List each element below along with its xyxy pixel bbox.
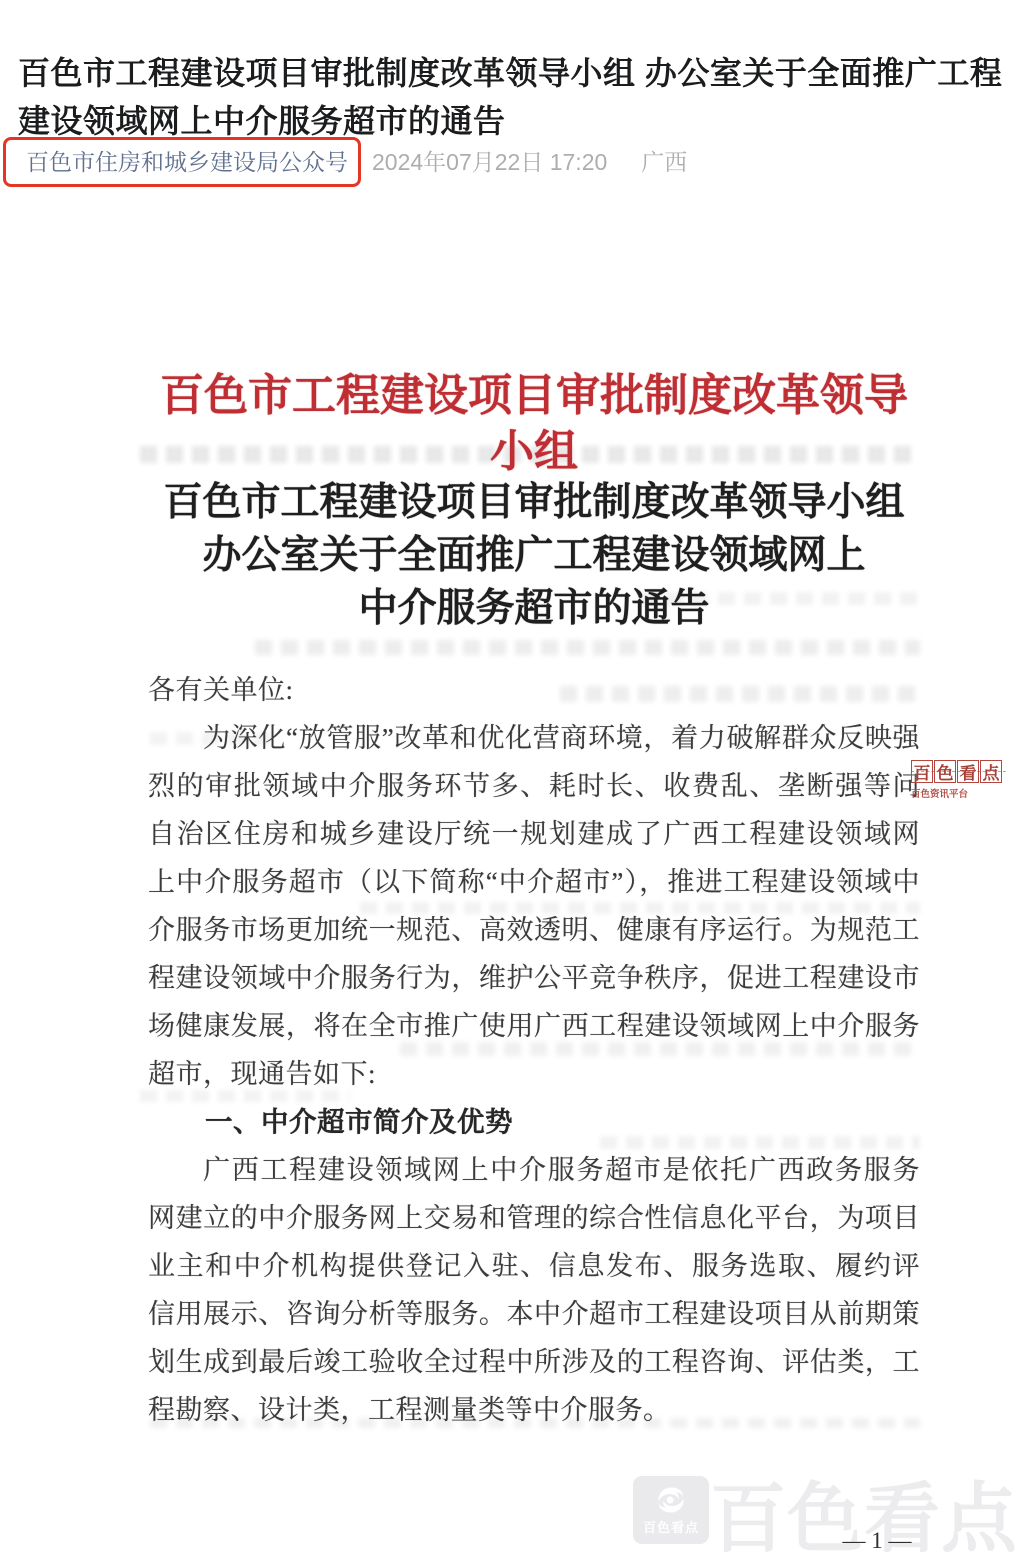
doc-title-line: 百色市工程建设项目审批制度改革领导小组 [148,476,920,529]
body-line: 信用展示、咨询分析等服务。本中介超市工程建设项目从前期策 [148,1290,920,1338]
byline: 百色市住房和城乡建设局公众号 2024年07月22日 17:20 广西 [0,137,1030,189]
watermark-logo: 百色看点 [633,1476,709,1544]
body-line: 网建立的中介服务网上交易和管理的综合性信息化平台，为项目 [148,1194,920,1242]
body-line: 自治区住房和城乡建设厅统一规划建成了广西工程建设领域网 [148,810,920,858]
stamp-char-box: 色 [934,760,956,783]
publish-region: 广西 [641,144,687,180]
red-stamp: 百 色 看 点 百色资讯平台 [911,760,1011,800]
body-line: 烈的审批领域中介服务环节多、耗时长、收费乱、垄断强等问题， [148,762,920,810]
body-line: 为深化“放管服”改革和优化营商环境，着力破解群众反映强 [148,714,920,762]
doc-body: 各有关单位: 为深化“放管服”改革和优化营商环境，着力破解群众反映强 烈的审批领… [148,666,920,1434]
page-number: — 1 — [812,1528,942,1554]
stamp-subtitle: 百色资讯平台 [911,786,1006,800]
account-link[interactable]: 百色市住房和城乡建设局公众号 [26,144,348,180]
publish-meta: 2024年07月22日 17:20 广西 [372,144,687,180]
body-line: 广西工程建设领域网上中介服务超市是依托广西政务服务 [148,1146,920,1194]
stamp-boxes: 百 色 看 点 [911,760,1011,783]
body-line: 程建设领域中介服务行为，维护公平竞争秩序，促进工程建设市 [148,954,920,1002]
doc-letterhead: 百色市工程建设项目审批制度改革领导小组 [148,368,920,480]
section-heading: 一、中介超市简介及优势 [148,1098,920,1146]
body-line: 上中介服务超市（以下简称“中介超市”），推进工程建设领域中 [148,858,920,906]
article-title: 百色市工程建设项目审批制度改革领导小组 办公室关于全面推广工程建设领域网上中介服… [18,49,1014,145]
body-line: 介服务市场更加统一规范、高效透明、健康有序运行。为规范工 [148,906,920,954]
doc-title: 百色市工程建设项目审批制度改革领导小组 办公室关于全面推广工程建设领域网上 中介… [148,476,920,635]
publish-date: 2024年07月22日 17:20 [372,144,607,180]
stamp-char-box: 看 [957,760,979,783]
watermark-logo-text: 百色看点 [643,1517,699,1536]
article-page: 百色市工程建设项目审批制度改革领导小组 办公室关于全面推广工程建设领域网上中介服… [0,0,1030,1566]
stamp-char-box: 点 [980,760,1002,783]
body-line: 超市，现通告如下: [148,1050,920,1098]
body-line: 场健康发展，将在全市推广使用广西工程建设领域网上中介服务 [148,1002,920,1050]
body-line: 划生成到最后竣工验收全过程中所涉及的工程咨询、评估类，工 [148,1338,920,1386]
stamp-char-box: 百 [911,760,933,783]
body-line: 程勘察、设计类，工程测量类等中介服务。 [148,1386,920,1434]
salutation: 各有关单位: [148,666,920,714]
body-line: 业主和中介机构提供登记入驻、信息发布、服务选取、履约评价、 [148,1242,920,1290]
doc-title-line: 办公室关于全面推广工程建设领域网上 [148,529,920,582]
swirl-logo-icon [654,1485,688,1515]
doc-title-line: 中介服务超市的通告 [148,582,920,635]
document-scan[interactable]: 百色市工程建设项目审批制度改革领导小组 百色市工程建设项目审批制度改革领导小组 … [0,200,1030,1566]
